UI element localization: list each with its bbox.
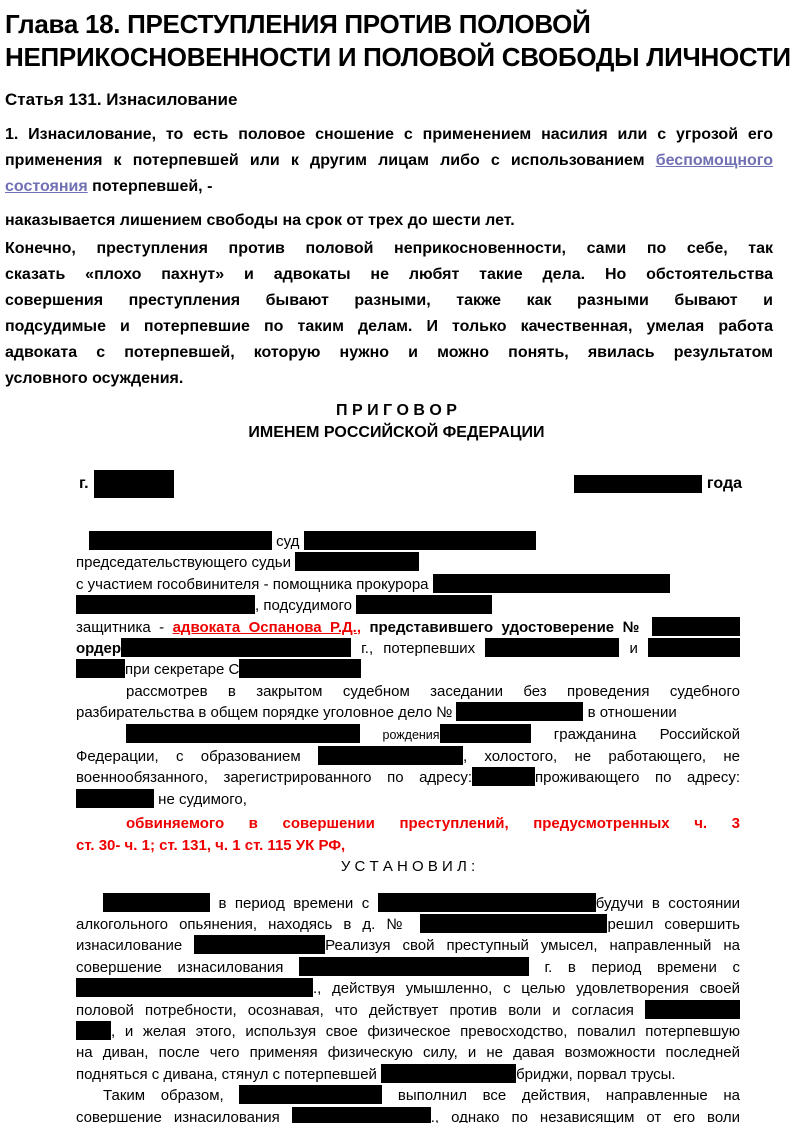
- doc-line: 1. Изнасилование, то есть половое сношен…: [5, 122, 773, 148]
- doc-line: Федерации, с образованием , холостого, н…: [76, 746, 740, 767]
- text-segment: ., однако по независящим от его воли: [431, 1109, 740, 1123]
- legal-document-page: Глава 18. ПРЕСТУПЛЕНИЯ ПРОТИВ ПОЛОВОЙ НЕ…: [0, 0, 793, 1123]
- doc-line: рассмотрев в закрытом судебном заседании…: [76, 681, 740, 702]
- article-title: Статья 131. Изнасилование: [5, 90, 793, 110]
- text-segment: , подсудимого: [255, 597, 356, 614]
- doc-line: Таким образом, выполнил все действия, на…: [76, 1085, 740, 1106]
- doc-line: при секретаре С: [76, 659, 740, 680]
- text-segment: представившего удостоверение №: [361, 619, 652, 636]
- text-segment: изнасилование: [76, 937, 194, 954]
- text-segment: совершение изнасилования: [76, 1109, 292, 1123]
- text-segment: 1. Изнасилование, то есть половое сношен…: [5, 126, 773, 143]
- helpless-state-link-part1[interactable]: беспомощного: [656, 152, 773, 169]
- text-segment: применения к потерпевшей или к другим ли…: [5, 152, 656, 169]
- text-segment: алкогольного опьянения, находясь в д. №: [76, 916, 420, 933]
- redaction-box: [239, 1085, 382, 1104]
- text-segment: подсудимые и потерпевшие по таким делам.…: [5, 318, 773, 335]
- text-segment: ., действуя умышленно, с целью удовлетво…: [313, 980, 740, 997]
- doc-line: председательствующего судьи: [76, 552, 740, 573]
- text-segment: Федерации, с образованием: [76, 748, 318, 765]
- redaction-box: [440, 724, 531, 743]
- redaction-box: [356, 595, 492, 614]
- text-segment: рассмотрев в закрытом судебном заседании…: [126, 683, 740, 700]
- text-segment: г. в период времени с: [529, 959, 740, 976]
- text-segment: выполнил все действия, направленные на: [382, 1087, 740, 1104]
- doc-line: условного осуждения.: [5, 366, 773, 392]
- text-segment: не судимого,: [154, 791, 247, 808]
- redaction-box: [456, 702, 583, 721]
- chapter-title-line1: Глава 18. ПРЕСТУПЛЕНИЯ ПРОТИВ ПОЛОВОЙ: [5, 8, 793, 41]
- redaction-box: [76, 595, 255, 614]
- doc-line: адвоката с потерпевшей, которую нужно и …: [5, 340, 773, 366]
- chapter-title: Глава 18. ПРЕСТУПЛЕНИЯ ПРОТИВ ПОЛОВОЙ НЕ…: [5, 8, 793, 74]
- redaction-box: [574, 475, 702, 493]
- text-segment: проживающего по адресу:: [535, 769, 740, 786]
- redaction-box: [420, 914, 607, 933]
- year-label: года: [707, 475, 742, 493]
- text-segment: , и желая этого, используя свое физическ…: [111, 1023, 740, 1040]
- redaction-box: [94, 470, 174, 498]
- verdict-body: суд председательствующего судьи с участи…: [76, 531, 740, 1123]
- doc-line: изнасилование Реализуя свой преступный у…: [76, 935, 740, 956]
- doc-line: разбирательства в общем порядке уголовно…: [76, 702, 740, 723]
- doc-line: совершение изнасилования ., однако по не…: [76, 1107, 740, 1123]
- city-label: г.: [79, 475, 89, 493]
- doc-line: ., действуя умышленно, с целью удовлетво…: [76, 978, 740, 999]
- text-segment: с участием гособвинителя - помощника про…: [76, 576, 433, 593]
- text-segment: совершения преступления бывают разными, …: [5, 292, 773, 309]
- text-segment: Конечно, преступления против половой неп…: [5, 240, 773, 257]
- redaction-box: [433, 574, 670, 593]
- text-segment: военнообязанного, зарегистрированного по…: [76, 769, 472, 786]
- redaction-box: [648, 638, 740, 657]
- doc-line: сказать «плохо пахнут» и адвокаты не люб…: [5, 262, 773, 288]
- text-segment: в отношении: [583, 704, 676, 721]
- doc-line: алкогольного опьянения, находясь в д. № …: [76, 914, 740, 935]
- doc-line: половой потребности, осознавая, что дейс…: [76, 1000, 740, 1021]
- doc-line: применения к потерпевшей или к другим ли…: [5, 148, 773, 174]
- text-segment: в период времени с: [210, 895, 378, 912]
- doc-line: на диван, после чего применяя физическую…: [76, 1042, 740, 1063]
- verdict-title: П Р И Г О В О Р ИМЕНЕМ РОССИЙСКОЙ ФЕДЕРА…: [5, 400, 788, 444]
- redaction-box: [304, 531, 536, 550]
- helpless-state-link-part2[interactable]: состояния: [5, 178, 88, 195]
- redaction-box: [299, 957, 529, 976]
- doc-line: рождения гражданина Российской: [76, 724, 740, 746]
- redaction-box: [121, 638, 351, 657]
- text-segment: У С Т А Н О В И Л :: [341, 858, 475, 875]
- redaction-box: [378, 893, 596, 912]
- doc-line: защитника - адвоката Оспанова Р.Д., пред…: [76, 617, 740, 638]
- text-segment: подняться с дивана, стянул с потерпевшей: [76, 1066, 381, 1083]
- text-segment: гражданина Российской: [531, 726, 740, 743]
- verdict-title-line2: ИМЕНЕМ РОССИЙСКОЙ ФЕДЕРАЦИИ: [5, 422, 788, 444]
- redaction-box: [89, 531, 272, 550]
- text-segment: наказывается лишением свободы на срок от…: [5, 212, 515, 229]
- doc-line: ордер г., потерпевших и: [76, 638, 740, 659]
- text-segment: будучи в состоянии: [596, 895, 740, 912]
- redaction-box: [194, 935, 325, 954]
- doc-line: военнообязанного, зарегистрированного по…: [76, 767, 740, 788]
- text-segment: защитника -: [76, 619, 173, 636]
- redaction-box: [76, 789, 154, 808]
- doc-line: с участием гособвинителя - помощника про…: [76, 574, 740, 595]
- doc-line: совершение изнасилования г. в период вре…: [76, 957, 740, 978]
- redaction-box: [381, 1064, 516, 1083]
- text-segment: половой потребности, осознавая, что дейс…: [76, 1002, 645, 1019]
- doc-line: не судимого,: [76, 789, 740, 810]
- text-segment: ст. 30- ч. 1; ст. 131, ч. 1 ст. 115 УК Р…: [76, 837, 345, 854]
- doc-line: наказывается лишением свободы на срок от…: [5, 208, 773, 234]
- date-row: г. года: [5, 470, 793, 498]
- text-segment: обвиняемого в совершении преступлений, п…: [126, 815, 740, 832]
- text-segment: сказать «плохо пахнут» и адвокаты не люб…: [5, 266, 773, 283]
- doc-line: в период времени с будучи в состоянии: [76, 893, 740, 914]
- doc-line: суд: [76, 531, 740, 552]
- text-segment: , холостого, не работающего, не: [463, 748, 740, 765]
- date-block: года: [574, 475, 742, 493]
- text-segment: рождения: [360, 728, 440, 742]
- redaction-box: [103, 893, 210, 912]
- doc-line: подсудимые и потерпевшие по таким делам.…: [5, 314, 773, 340]
- redaction-box: [485, 638, 619, 657]
- text-segment: суд: [272, 533, 304, 550]
- chapter-title-line2: НЕПРИКОСНОВЕННОСТИ И ПОЛОВОЙ СВОБОДЫ ЛИЧ…: [5, 41, 793, 74]
- redaction-box: [76, 659, 125, 678]
- redaction-box: [295, 552, 419, 571]
- verdict-title-line1: П Р И Г О В О Р: [5, 400, 788, 422]
- doc-line: состояния потерпевшей, -: [5, 174, 773, 200]
- text-segment: решил совершить: [607, 916, 740, 933]
- doc-line: обвиняемого в совершении преступлений, п…: [76, 813, 740, 834]
- text-segment: на диван, после чего применяя физическую…: [76, 1044, 740, 1061]
- doc-line: совершения преступления бывают разными, …: [5, 288, 773, 314]
- text-segment: разбирательства в общем порядке уголовно…: [76, 704, 456, 721]
- redaction-box: [239, 659, 361, 678]
- redaction-box: [318, 746, 463, 765]
- text-segment: и: [619, 640, 648, 657]
- text-segment: Реализуя свой преступный умысел, направл…: [325, 937, 740, 954]
- statute-and-commentary: 1. Изнасилование, то есть половое сношен…: [5, 122, 773, 392]
- text-segment: Таким образом,: [103, 1087, 239, 1104]
- redaction-box: [292, 1107, 431, 1123]
- text-segment: ордер: [76, 640, 121, 657]
- text-segment: потерпевшей, -: [88, 178, 213, 195]
- redaction-box: [76, 1021, 111, 1040]
- text-segment: совершение изнасилования: [76, 959, 299, 976]
- text-segment: адвоката с потерпевшей, которую нужно и …: [5, 344, 773, 361]
- text-segment: бриджи, порвал трусы.: [516, 1066, 676, 1083]
- text-segment: г., потерпевших: [351, 640, 485, 657]
- doc-line: Конечно, преступления против половой неп…: [5, 236, 773, 262]
- doc-line: , и желая этого, используя свое физическ…: [76, 1021, 740, 1042]
- redaction-box: [76, 978, 313, 997]
- redaction-box: [126, 724, 360, 743]
- redaction-box: [652, 617, 740, 636]
- doc-line: подняться с дивана, стянул с потерпевшей…: [76, 1064, 740, 1085]
- defender-name: адвоката Оспанова Р.Д.,: [173, 619, 361, 636]
- city-block: г.: [79, 470, 174, 498]
- text-segment: при секретаре С: [125, 661, 239, 678]
- redaction-box: [472, 767, 535, 786]
- redaction-box: [645, 1000, 740, 1019]
- text-segment: условного осуждения.: [5, 370, 183, 387]
- text-segment: председательствующего судьи: [76, 554, 295, 571]
- doc-line: , подсудимого: [76, 595, 740, 616]
- ustanovil-heading: У С Т А Н О В И Л :: [76, 856, 740, 877]
- doc-line: ст. 30- ч. 1; ст. 131, ч. 1 ст. 115 УК Р…: [76, 835, 740, 856]
